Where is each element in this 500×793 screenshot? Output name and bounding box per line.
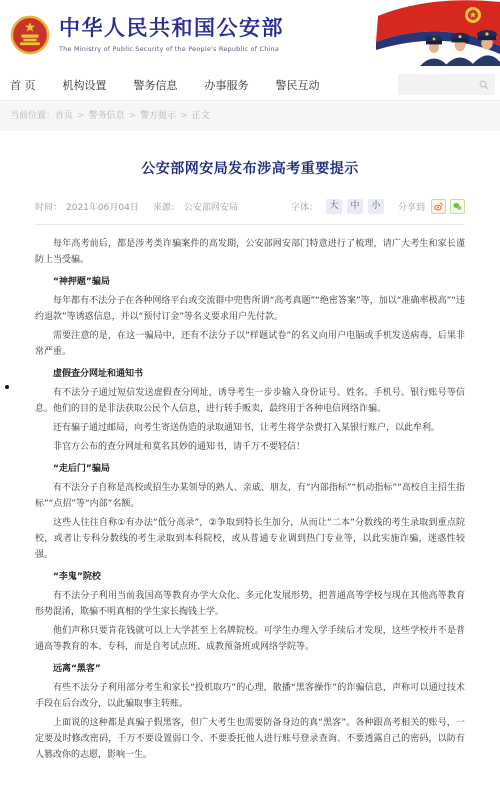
search-input[interactable]	[404, 80, 479, 90]
article-paragraph: 还有骗子通过邮局，向考生寄送伪造的录取通知书，让考生将学杂费打入某银行账户，以此…	[35, 420, 465, 436]
article-paragraph: 有不法分子自称是高校或招生办某领导的熟人、亲戚、朋友，有“内部指标”“机动指标”…	[35, 480, 465, 512]
article-paragraph: 这些人往往自称①有办法“低分高录”，②争取到特长生加分，从而让“二本”分数线的考…	[35, 515, 465, 563]
main-nav: 首 页 机构设置 警务信息 办事服务 警民互动	[0, 70, 500, 100]
breadcrumb-separator: >	[180, 111, 188, 121]
wechat-share-icon[interactable]	[450, 199, 465, 214]
breadcrumb-home[interactable]: 首页	[55, 111, 73, 121]
time-label: 时间：	[35, 203, 62, 213]
breadcrumb-current: 正文	[192, 111, 210, 121]
nav-item-police-info[interactable]: 警务信息	[134, 77, 178, 93]
publish-time: 2021年06月04日	[66, 203, 139, 213]
article-paragraph: 有不法分子利用当前我国高等教育办学大众化、多元化发展形势，把普通高等学校与现在其…	[35, 588, 465, 620]
article-paragraph: 他们声称只要肯花钱就可以上大学甚至上名牌院校。可学生办理入学手续后才发现，这些学…	[35, 623, 465, 655]
police-banner-image	[376, 0, 500, 66]
article-meta-left: 时间：2021年06月04日来源：公安部网安局	[35, 200, 242, 213]
site-title: 中华人民共和国公安部	[59, 17, 284, 40]
weibo-share-icon[interactable]	[431, 199, 446, 214]
article-container: 公安部网安局发布涉高考重要提示 时间：2021年06月04日来源：公安部网安局 …	[0, 158, 500, 763]
article-heading: “神押题”骗局	[35, 274, 465, 290]
article-paragraph: 有些不法分子利用部分考生和家长“投机取巧”的心理，散播“黑客操作”的诈骗信息，声…	[35, 680, 465, 712]
site-titles: 中华人民共和国公安部 The Ministry of Public Securi…	[59, 17, 284, 52]
share-label: 分享到	[398, 200, 425, 213]
search-icon[interactable]	[479, 80, 489, 90]
font-size-label: 字体：	[291, 200, 318, 213]
article-title: 公安部网安局发布涉高考重要提示	[35, 158, 465, 178]
article-body: 每年高考前后，都是涉考类诈骗案件的高发期，公安部网安部门特意进行了梳理，请广大考…	[35, 236, 465, 763]
article-heading: “走后门”骗局	[35, 461, 465, 477]
breadcrumb-police-tips[interactable]: 警方提示	[140, 111, 176, 121]
article-heading: 远离“黑客”	[35, 661, 465, 677]
article-heading: “李鬼”院校	[35, 569, 465, 585]
breadcrumb-police-info[interactable]: 警务信息	[89, 111, 125, 121]
article-paragraph: 需要注意的是，在这一骗局中，还有不法分子以“样题试卷”的名义向用户电脑或手机发送…	[35, 328, 465, 360]
nav-item-interaction[interactable]: 警民互动	[276, 77, 320, 93]
source-label: 来源：	[153, 203, 180, 213]
article-paragraph: 上面说的这种都是真骗子假黑客，但广大考生也需要防备身边的真“黑客”。各种跟高考相…	[35, 715, 465, 763]
source-value: 公安部网安局	[184, 203, 238, 213]
nav-item-home[interactable]: 首 页	[10, 77, 36, 93]
stray-dot	[5, 385, 9, 389]
search-box[interactable]	[398, 74, 495, 95]
article-paragraph: 每年都有不法分子在各种网络平台或交流群中兜售所谓“高考真题”“绝密答案”等，加以…	[35, 293, 465, 325]
national-emblem-icon	[10, 15, 50, 55]
breadcrumb: 当前位置：首页>警务信息>警方提示>正文	[0, 100, 500, 131]
font-size-medium-button[interactable]: 中	[347, 199, 363, 214]
breadcrumb-separator: >	[129, 111, 137, 121]
font-size-large-button[interactable]: 大	[326, 199, 342, 214]
breadcrumb-label: 当前位置：	[10, 111, 55, 121]
article-meta: 时间：2021年06月04日来源：公安部网安局 字体： 大 中 小 分享到	[35, 199, 465, 225]
site-subtitle: The Ministry of Public Security of the P…	[59, 45, 284, 53]
article-paragraph: 非官方公布的查分网址和莫名其妙的通知书，请千万不要轻信！	[35, 439, 465, 455]
article-heading: 虚假查分网址和通知书	[35, 366, 465, 382]
article-meta-right: 字体： 大 中 小 分享到	[291, 199, 465, 214]
breadcrumb-separator: >	[77, 111, 85, 121]
article-paragraph: 每年高考前后，都是涉考类诈骗案件的高发期，公安部网安部门特意进行了梳理，请广大考…	[35, 236, 465, 268]
font-size-small-button[interactable]: 小	[368, 199, 384, 214]
nav-item-services[interactable]: 办事服务	[205, 77, 249, 93]
nav-item-org[interactable]: 机构设置	[63, 77, 107, 93]
page: 中华人民共和国公安部 The Ministry of Public Securi…	[0, 0, 500, 793]
article-paragraph: 有不法分子通过短信发送虚假查分网址，诱导考生一步步输入身份证号、姓名、手机号、银…	[35, 385, 465, 417]
site-header: 中华人民共和国公安部 The Ministry of Public Securi…	[0, 0, 500, 70]
